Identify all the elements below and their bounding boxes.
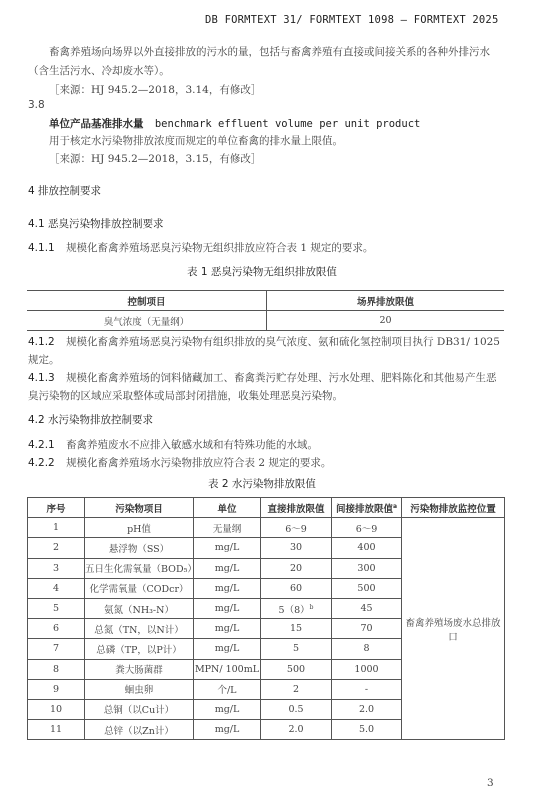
cell-direct: 2 bbox=[261, 679, 332, 699]
cell-no: 11 bbox=[28, 720, 85, 740]
cell-item: 总磷（TP，以P计） bbox=[85, 639, 194, 659]
cell-unit: mg/L bbox=[194, 619, 261, 639]
document-number-header: DB FORMTEXT 31/ FORMTEXT 1098 — FORMTEXT… bbox=[205, 14, 498, 26]
cell-unit: mg/L bbox=[194, 538, 261, 558]
clause-text: 规模化畜禽养殖场恶臭污染物有组织排放的臭气浓度、氨和硫化氢控制项目执行 DB31… bbox=[66, 336, 500, 348]
cell-no: 3 bbox=[28, 558, 85, 578]
paragraph-line: （含生活污水、冷却废水等）。 bbox=[28, 63, 170, 78]
cell-indirect: 2.0 bbox=[332, 699, 402, 719]
cell-no: 9 bbox=[28, 679, 85, 699]
table-cell: 臭气浓度（无量纲） bbox=[27, 311, 267, 331]
footnote-marker: a bbox=[393, 502, 397, 509]
cell-direct: 60 bbox=[261, 578, 332, 598]
cell-no: 2 bbox=[28, 538, 85, 558]
term-chinese: 单位产品基准排水量 bbox=[49, 118, 144, 130]
clause-text: 规模化畜禽养殖场的饲料储藏加工、畜禽粪污贮存处理、污水处理、肥料陈化和其他易产生… bbox=[66, 372, 497, 384]
odor-limits-table: 控制项目 场界排放限值 臭气浓度（无量纲） 20 bbox=[27, 290, 504, 331]
cell-item: 氨氮（NH₃-N） bbox=[85, 598, 194, 618]
column-header: 场界排放限值 bbox=[267, 291, 505, 311]
table-row: 臭气浓度（无量纲） 20 bbox=[27, 311, 504, 331]
cell-item: 悬浮物（SS） bbox=[85, 538, 194, 558]
cell-direct: 5（8）b bbox=[261, 598, 332, 618]
page-number: 3 bbox=[487, 777, 494, 789]
clause-text: 规模化畜禽养殖场恶臭污染物无组织排放应符合表 1 规定的要求。 bbox=[66, 242, 373, 254]
clause-text-continued: 臭污染物的区域应采取整体或局部封闭措施，收集处理恶臭污染物。 bbox=[28, 388, 343, 403]
cell-no: 4 bbox=[28, 578, 85, 598]
cell-direct: 500 bbox=[261, 659, 332, 679]
cell-unit: 个/L bbox=[194, 679, 261, 699]
cell-indirect: 8 bbox=[332, 639, 402, 659]
cell-item: 总锌（以Zn计） bbox=[85, 720, 194, 740]
cell-indirect: - bbox=[332, 679, 402, 699]
source-citation: ［来源：HJ 945.2—2018，3.15，有修改］ bbox=[49, 151, 261, 166]
clause-number: 4.2.2 bbox=[28, 457, 55, 469]
column-header: 单位 bbox=[194, 498, 261, 518]
clause-text-continued: 规定。 bbox=[28, 352, 60, 367]
column-header: 序号 bbox=[28, 498, 85, 518]
term-definition: 用于核定水污染物排放浓度而规定的单位畜禽的排水量上限值。 bbox=[49, 133, 343, 148]
clause-number: 4.1.3 bbox=[28, 372, 55, 384]
cell-item: 蛔虫卵 bbox=[85, 679, 194, 699]
term-heading: 单位产品基准排水量 benchmark effluent volume per … bbox=[49, 116, 420, 131]
footnote-marker: b bbox=[310, 603, 314, 610]
cell-unit: mg/L bbox=[194, 699, 261, 719]
cell-item: 五日生化需氧量（BOD₅） bbox=[85, 558, 194, 578]
cell-indirect: 300 bbox=[332, 558, 402, 578]
column-header: 控制项目 bbox=[27, 291, 267, 311]
column-header: 直接排放限值 bbox=[261, 498, 332, 518]
cell-unit: mg/L bbox=[194, 598, 261, 618]
section-heading-4: 4 排放控制要求 bbox=[28, 183, 101, 198]
clause-text: 规模化畜禽养殖场水污染物排放应符合表 2 规定的要求。 bbox=[66, 457, 331, 469]
water-pollutant-limits-table: 序号 污染物项目 单位 直接排放限值 间接排放限值a 污染物排放监控位置 1 p… bbox=[27, 497, 505, 740]
cell-indirect: 6～9 bbox=[332, 518, 402, 538]
clause-text: 畜禽养殖废水不应排入敏感水域和有特殊功能的水域。 bbox=[66, 439, 318, 451]
cell-no: 8 bbox=[28, 659, 85, 679]
table-header-row: 控制项目 场界排放限值 bbox=[27, 291, 504, 311]
clause-4-1-3: 4.1.3 规模化畜禽养殖场的饲料储藏加工、畜禽粪污贮存处理、污水处理、肥料陈化… bbox=[28, 370, 497, 385]
cell-indirect: 1000 bbox=[332, 659, 402, 679]
cell-indirect: 400 bbox=[332, 538, 402, 558]
clause-number: 4.2.1 bbox=[28, 439, 55, 451]
cell-no: 10 bbox=[28, 699, 85, 719]
source-citation: ［来源：HJ 945.2—2018，3.14，有修改］ bbox=[49, 82, 261, 97]
column-header: 污染物排放监控位置 bbox=[402, 498, 505, 518]
cell-unit: mg/L bbox=[194, 639, 261, 659]
cell-direct: 15 bbox=[261, 619, 332, 639]
table2-caption: 表 2 水污染物排放限值 bbox=[208, 476, 316, 491]
clause-4-2-1: 4.2.1 畜禽养殖废水不应排入敏感水域和有特殊功能的水域。 bbox=[28, 437, 318, 452]
column-header: 污染物项目 bbox=[85, 498, 194, 518]
cell-direct: 30 bbox=[261, 538, 332, 558]
cell-no: 5 bbox=[28, 598, 85, 618]
cell-indirect: 70 bbox=[332, 619, 402, 639]
cell-unit: mg/L bbox=[194, 578, 261, 598]
cell-no: 7 bbox=[28, 639, 85, 659]
clause-number: 4.1.2 bbox=[28, 336, 55, 348]
clause-4-2-2: 4.2.2 规模化畜禽养殖场水污染物排放应符合表 2 规定的要求。 bbox=[28, 455, 331, 470]
cell-indirect: 45 bbox=[332, 598, 402, 618]
cell-indirect: 5.0 bbox=[332, 720, 402, 740]
cell-monitor-location: 畜禽养殖场废水总排放口 bbox=[402, 518, 505, 740]
table1-caption: 表 1 恶臭污染物无组织排放限值 bbox=[187, 264, 337, 279]
cell-direct: 5 bbox=[261, 639, 332, 659]
cell-no: 6 bbox=[28, 619, 85, 639]
cell-direct: 6～9 bbox=[261, 518, 332, 538]
cell-indirect: 500 bbox=[332, 578, 402, 598]
column-header: 间接排放限值a bbox=[332, 498, 402, 518]
table-cell: 20 bbox=[267, 311, 505, 331]
table-header-row: 序号 污染物项目 单位 直接排放限值 间接排放限值a 污染物排放监控位置 bbox=[28, 498, 505, 518]
term-english: benchmark effluent volume per unit produ… bbox=[155, 118, 421, 130]
paragraph-line: 畜禽养殖场向场界以外直接排放的污水的量，包括与畜禽养殖有直接或间接关系的各种外排… bbox=[49, 44, 490, 59]
cell-unit: mg/L bbox=[194, 720, 261, 740]
cell-unit: mg/L bbox=[194, 558, 261, 578]
clause-4-1-2: 4.1.2 规模化畜禽养殖场恶臭污染物有组织排放的臭气浓度、氨和硫化氢控制项目执… bbox=[28, 334, 500, 349]
clause-number: 4.1.1 bbox=[28, 242, 55, 254]
section-heading-4-1: 4.1 恶臭污染物排放控制要求 bbox=[28, 216, 164, 231]
cell-item: 总铜（以Cu计） bbox=[85, 699, 194, 719]
cell-unit: 无量纲 bbox=[194, 518, 261, 538]
cell-direct: 20 bbox=[261, 558, 332, 578]
table-row: 1 pH值 无量纲 6～9 6～9 畜禽养殖场废水总排放口 bbox=[28, 518, 505, 538]
cell-item: pH值 bbox=[85, 518, 194, 538]
cell-direct: 0.5 bbox=[261, 699, 332, 719]
cell-item: 粪大肠菌群 bbox=[85, 659, 194, 679]
cell-unit: MPN/ 100mL bbox=[194, 659, 261, 679]
section-heading-4-2: 4.2 水污染物排放控制要求 bbox=[28, 412, 153, 427]
cell-item: 总氮（TN，以N计） bbox=[85, 619, 194, 639]
cell-no: 1 bbox=[28, 518, 85, 538]
term-number: 3.8 bbox=[28, 99, 45, 111]
cell-item: 化学需氧量（CODcr） bbox=[85, 578, 194, 598]
clause-4-1-1: 4.1.1 规模化畜禽养殖场恶臭污染物无组织排放应符合表 1 规定的要求。 bbox=[28, 240, 373, 255]
cell-direct: 2.0 bbox=[261, 720, 332, 740]
